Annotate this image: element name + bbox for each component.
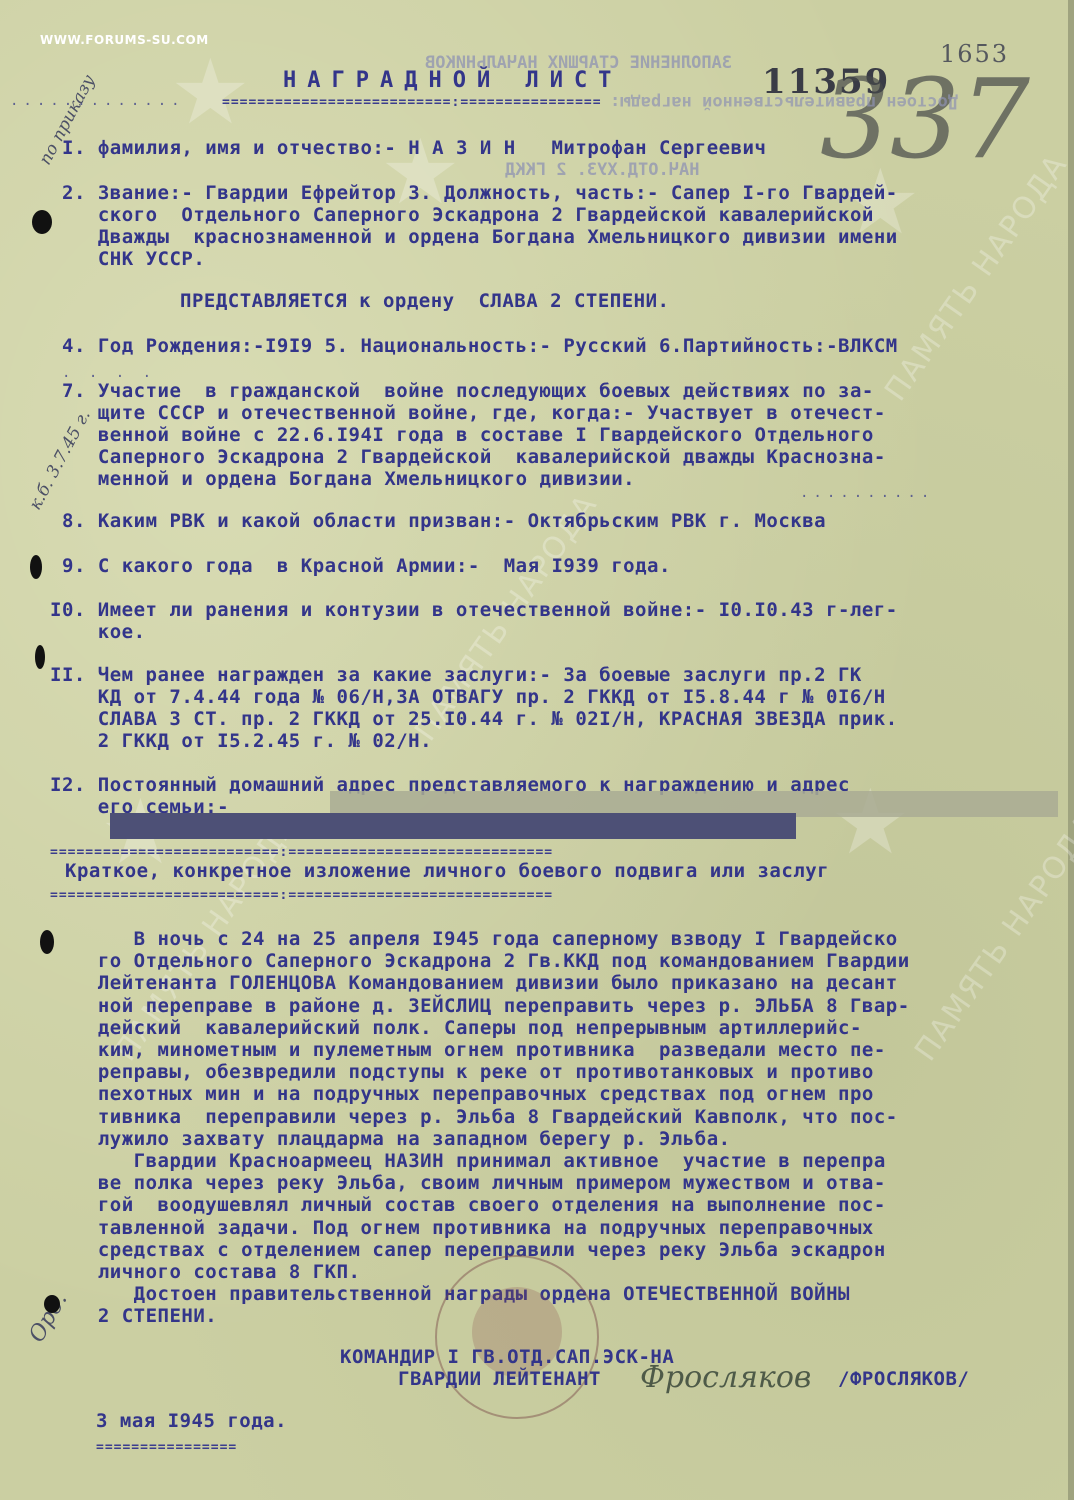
punch-hole — [30, 555, 42, 579]
redaction-bar — [110, 813, 796, 839]
field-previous-awards: II. Чем ранее награжден за какие заслуги… — [50, 664, 862, 686]
pencil-annotation: 337 — [820, 55, 1030, 183]
bleed-through-text: НАЧ.ОТД.ХУЗ. 2 ГККД — [505, 160, 699, 180]
field-previous-awards: 2 ГККД от I5.2.45 г. № 02/Н. — [50, 730, 432, 752]
narrative-line: ким, минометным и пулеметным огнем проти… — [62, 1039, 886, 1061]
dotted-line: . . . . — [62, 365, 156, 381]
narrative-line: Гвардии Красноармеец НАЗИН принимал акти… — [62, 1150, 886, 1172]
field-war-participation: 7. Участие в гражданской войне последующ… — [62, 380, 874, 402]
document-date: 3 мая I945 года. — [96, 1410, 287, 1432]
field-wounds: I0. Имеет ли ранения и контузии в отечес… — [50, 599, 898, 621]
document-title: НАГРАДНОЙ ЛИСТ — [283, 68, 622, 93]
punch-hole — [32, 210, 52, 234]
field-war-participation: щите СССР и отечественной войне, где, ко… — [62, 402, 886, 424]
dotted-line: .......... — [800, 485, 934, 501]
field-war-participation: венной войне с 22.6.I94I года в составе … — [62, 424, 874, 446]
dash-rule: ==========================:=============… — [50, 888, 1070, 903]
narrative-line: лужило захвату плацдарма на западном бер… — [62, 1128, 731, 1150]
narrative-line: го Отдельного Саперного Эскадрона 2 Гв.К… — [62, 950, 910, 972]
dash-rule: ================ — [96, 1440, 321, 1455]
field-conscription: 8. Каким РВК и какой области призван:- О… — [62, 510, 826, 532]
signature-rank: ГВАРДИИ ЛЕЙТЕНАНТ — [398, 1368, 601, 1390]
field-previous-awards: СЛАВА 3 СТ. пр. 2 ГККД от 25.I0.44 г. № … — [50, 708, 898, 730]
narrative-line: пехотных мин и на подручных переправочны… — [62, 1083, 874, 1105]
signature-title: КОМАНДИР I ГВ.ОТД.САП.ЭСК-НА — [340, 1346, 674, 1368]
narrative-line: дейский кавалерийский полк. Саперы под н… — [62, 1017, 862, 1039]
narrative-line: гой воодушевлял личный состав своего отд… — [62, 1194, 886, 1216]
section-heading: Краткое, конкретное изложение личного бо… — [65, 860, 829, 882]
dash-rule: ==========================:=============… — [222, 95, 602, 110]
narrative-line: личного состава 8 ГКП. — [62, 1261, 360, 1283]
handwritten-signature: Фросляков — [640, 1360, 811, 1395]
bleed-through-text: Достоен правительственной награды: — [610, 92, 958, 112]
field-rank-position: СНК УССР. — [62, 248, 205, 270]
narrative-line: тивника переправили через р. Эльба 8 Гва… — [62, 1106, 898, 1128]
punch-hole — [44, 1295, 60, 1313]
field-war-participation: менной и ордена Богдана Хмельницкого див… — [62, 468, 635, 490]
field-previous-awards: КД от 7.4.44 года № 06/Н,ЗА ОТВАГУ пр. 2… — [50, 686, 886, 708]
field-rank-position: ского Отдельного Саперного Эскадрона 2 Г… — [62, 204, 874, 226]
paper-edge — [1068, 0, 1074, 1500]
field-rank-position: Дважды краснознаменной и ордена Богдана … — [62, 226, 898, 248]
dash-rule: ==========================:=============… — [50, 845, 1070, 860]
narrative-line: Лейтенанта ГОЛЕНЦОВА Командованием дивиз… — [62, 972, 898, 994]
nomination-line: ПРЕДСТАВЛЯЕТСЯ к ордену СЛАВА 2 СТЕПЕНИ. — [180, 290, 670, 312]
punch-hole — [40, 930, 54, 954]
narrative-line: 2 СТЕПЕНИ. — [62, 1305, 217, 1327]
field-full-name: I. фамилия, имя и отчество:- Н А З И Н М… — [62, 137, 766, 159]
field-wounds: кое. — [50, 621, 146, 643]
field-war-participation: Саперного Эскадрона 2 Гвардейской кавале… — [62, 446, 886, 468]
dotted-line: ............. — [10, 93, 185, 109]
narrative-line: ной переправе в районе д. ЗЕЙСЛИЦ перепр… — [62, 995, 910, 1017]
field-service-since: 9. С какого года в Красной Армии:- Мая I… — [62, 555, 671, 577]
field-rank-position: 2. Звание:- Гвардии Ефрейтор 3. Должност… — [62, 182, 898, 204]
narrative-line: В ночь с 24 на 25 апреля I945 года сапер… — [62, 928, 898, 950]
punch-hole — [35, 645, 45, 669]
narrative-line: тавленной задачи. Под огнем противника н… — [62, 1217, 874, 1239]
official-stamp — [435, 1255, 599, 1419]
narrative-line: средствах с отделением сапер переправили… — [62, 1239, 886, 1261]
site-watermark: WWW.FORUMS-SU.COM — [40, 33, 209, 47]
signature-name: /ФРОСЛЯКОВ/ — [838, 1368, 969, 1390]
narrative-line: реправы, обезвредили подступы к реке от … — [62, 1061, 874, 1083]
field-birth-nationality-party: 4. Год Рождения:-I9I9 5. Национальность:… — [62, 335, 898, 357]
narrative-line: ве полка через реку Эльба, своим личным … — [62, 1172, 886, 1194]
